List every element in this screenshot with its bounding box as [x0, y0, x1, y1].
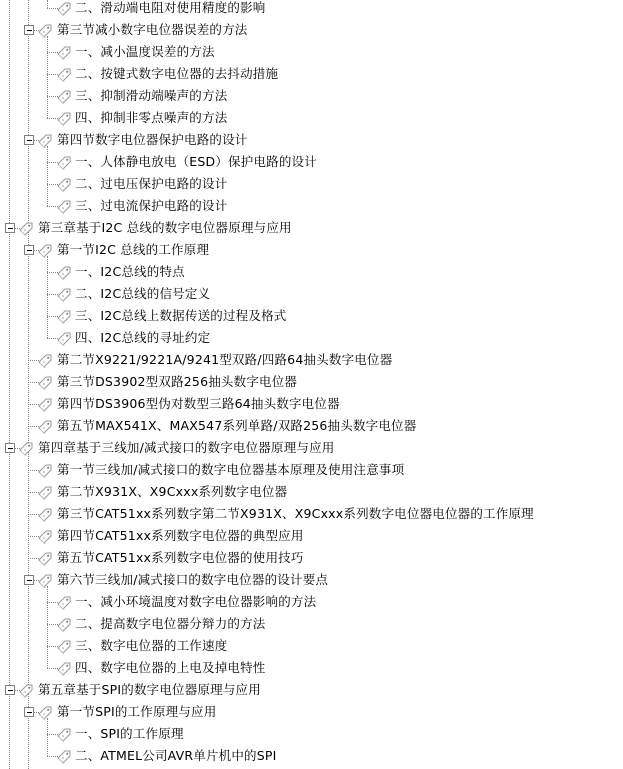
- tag-icon: [56, 0, 72, 16]
- tag-icon: [56, 726, 72, 742]
- tree-node-level-0[interactable]: 第五章基于SPI的数字电位器原理与应用: [0, 679, 623, 701]
- tag-icon: [56, 308, 72, 324]
- tag-icon: [37, 396, 53, 412]
- collapse-toggle-icon[interactable]: [24, 135, 34, 145]
- collapse-toggle-icon[interactable]: [24, 25, 34, 35]
- tree-node-label[interactable]: 第四节数字电位器保护电路的设计: [57, 129, 248, 151]
- tree-node-label[interactable]: 四、抑制非零点噪声的方法: [75, 107, 227, 129]
- tree-node-level-1[interactable]: 第五节CAT51xx系列数字电位器的使用技巧: [0, 547, 623, 569]
- tree-node-label[interactable]: 一、I2C总线的特点: [75, 261, 185, 283]
- tree-node-level-2[interactable]: 一、SPI的工作原理: [0, 723, 623, 745]
- tree-node-label[interactable]: 第三节减小数字电位器误差的方法: [57, 19, 248, 41]
- tag-icon: [56, 594, 72, 610]
- tree-node-label[interactable]: 三、I2C总线上数据传送的过程及格式: [75, 305, 286, 327]
- tag-icon: [56, 88, 72, 104]
- tree-node-label[interactable]: 四、I2C总线的寻址约定: [75, 327, 210, 349]
- outline-tree-view[interactable]: 二、滑动端电阻对使用精度的影响第三节减小数字电位器误差的方法一、减小温度误差的方…: [0, 0, 623, 769]
- tree-node-level-1[interactable]: 第一节三线加/减式接口的数字电位器基本原理及使用注意事项: [0, 459, 623, 481]
- tree-node-level-2[interactable]: 一、减小环境温度对数字电位器影响的方法: [0, 591, 623, 613]
- tree-node-level-2[interactable]: 一、I2C总线的特点: [0, 261, 623, 283]
- tree-node-level-2[interactable]: 三、过电流保护电路的设计: [0, 195, 623, 217]
- tree-node-label[interactable]: 第五节CAT51xx系列数字电位器的使用技巧: [57, 547, 304, 569]
- tree-node-level-2[interactable]: 一、人体静电放电（ESD）保护电路的设计: [0, 151, 623, 173]
- tag-icon: [56, 44, 72, 60]
- tag-icon: [37, 550, 53, 566]
- tree-node-label[interactable]: 第三节DS3902型双路256抽头数字电位器: [57, 371, 297, 393]
- collapse-toggle-icon[interactable]: [24, 707, 34, 717]
- tag-icon: [56, 110, 72, 126]
- tree-node-label[interactable]: 第三章基于I2C 总线的数字电位器原理与应用: [38, 217, 292, 239]
- tree-node-level-2[interactable]: 三、数字电位器的工作速度: [0, 635, 623, 657]
- tag-icon: [56, 176, 72, 192]
- tag-icon: [37, 528, 53, 544]
- tree-node-level-1[interactable]: 第三节CAT51xx系列数字第二节X931X、X9Cxxx系列数字电位器电位器的…: [0, 503, 623, 525]
- tree-node-level-1[interactable]: 第二节X931X、X9Cxxx系列数字电位器: [0, 481, 623, 503]
- tag-icon: [18, 440, 34, 456]
- tree-node-label[interactable]: 三、过电流保护电路的设计: [75, 195, 227, 217]
- tree-node-label[interactable]: 一、SPI的工作原理: [75, 723, 184, 745]
- tree-node-level-2[interactable]: 四、I2C总线的寻址约定: [0, 327, 623, 349]
- tree-node-label[interactable]: 一、减小温度误差的方法: [75, 41, 215, 63]
- tree-node-label[interactable]: 第一节SPI的工作原理与应用: [57, 701, 216, 723]
- tag-icon: [56, 330, 72, 346]
- tree-node-label[interactable]: 二、按键式数字电位器的去抖动措施: [75, 63, 278, 85]
- tag-icon: [37, 506, 53, 522]
- tree-node-label[interactable]: 三、数字电位器的工作速度: [75, 635, 227, 657]
- tag-icon: [56, 660, 72, 676]
- tree-node-level-2[interactable]: 二、I2C总线的信号定义: [0, 283, 623, 305]
- collapse-toggle-icon[interactable]: [5, 223, 15, 233]
- tree-node-label[interactable]: 二、提高数字电位器分辩力的方法: [75, 613, 266, 635]
- tree-node-level-2[interactable]: 二、提高数字电位器分辩力的方法: [0, 613, 623, 635]
- tag-icon: [37, 484, 53, 500]
- tag-icon: [56, 154, 72, 170]
- tag-icon: [37, 22, 53, 38]
- tag-icon: [37, 704, 53, 720]
- tree-node-label[interactable]: 二、滑动端电阻对使用精度的影响: [75, 0, 266, 19]
- tree-node-label[interactable]: 二、ATMEL公司AVR单片机中的SPI: [75, 745, 277, 767]
- tree-node-label[interactable]: 第六节三线加/减式接口的数字电位器的设计要点: [57, 569, 328, 591]
- tree-node-label[interactable]: 第二节X931X、X9Cxxx系列数字电位器: [57, 481, 287, 503]
- tree-node-label[interactable]: 第五节MAX541X、MAX547系列单路/双路256抽头数字电位器: [57, 415, 416, 437]
- tag-icon: [37, 374, 53, 390]
- tree-node-level-2[interactable]: 三、I2C总线上数据传送的过程及格式: [0, 305, 623, 327]
- tag-icon: [56, 748, 72, 764]
- tree-node-label[interactable]: 二、I2C总线的信号定义: [75, 283, 210, 305]
- tag-icon: [56, 264, 72, 280]
- tree-node-level-1[interactable]: 第四节CAT51xx系列数字电位器的典型应用: [0, 525, 623, 547]
- tree-node-label[interactable]: 第四节CAT51xx系列数字电位器的典型应用: [57, 525, 304, 547]
- tag-icon: [18, 682, 34, 698]
- tag-icon: [37, 242, 53, 258]
- tree-node-level-2[interactable]: 二、过电压保护电路的设计: [0, 173, 623, 195]
- tag-icon: [37, 572, 53, 588]
- tree-node-label[interactable]: 二、过电压保护电路的设计: [75, 173, 227, 195]
- tree-node-label[interactable]: 四、数字电位器的上电及掉电特性: [75, 657, 266, 679]
- collapse-toggle-icon[interactable]: [24, 245, 34, 255]
- collapse-toggle-icon[interactable]: [24, 575, 34, 585]
- tree-node-level-2[interactable]: 二、ATMEL公司AVR单片机中的SPI: [0, 745, 623, 767]
- tree-node-level-1[interactable]: 第六节三线加/减式接口的数字电位器的设计要点: [0, 569, 623, 591]
- tree-node-label[interactable]: 第四章基于三线加/减式接口的数字电位器原理与应用: [38, 437, 335, 459]
- tag-icon: [56, 198, 72, 214]
- collapse-toggle-icon[interactable]: [5, 685, 15, 695]
- tag-icon: [56, 638, 72, 654]
- tag-icon: [37, 462, 53, 478]
- tree-node-label[interactable]: 第三节CAT51xx系列数字第二节X931X、X9Cxxx系列数字电位器电位器的…: [57, 503, 534, 525]
- tree-node-level-1[interactable]: 第二节X9221/9221A/9241型双路/四路64抽头数字电位器: [0, 349, 623, 371]
- tree-node-level-1[interactable]: 第一节I2C 总线的工作原理: [0, 239, 623, 261]
- tree-node-label[interactable]: 第一节三线加/减式接口的数字电位器基本原理及使用注意事项: [57, 459, 404, 481]
- tree-node-label[interactable]: 一、减小环境温度对数字电位器影响的方法: [75, 591, 316, 613]
- tree-node-label[interactable]: 第二节X9221/9221A/9241型双路/四路64抽头数字电位器: [57, 349, 392, 371]
- tree-node-level-0[interactable]: 第四章基于三线加/减式接口的数字电位器原理与应用: [0, 437, 623, 459]
- tree-node-label[interactable]: 一、人体静电放电（ESD）保护电路的设计: [75, 151, 317, 173]
- tag-icon: [37, 132, 53, 148]
- tree-node-level-1[interactable]: 第三节减小数字电位器误差的方法: [0, 19, 623, 41]
- tree-node-level-1[interactable]: 第四节数字电位器保护电路的设计: [0, 129, 623, 151]
- tree-node-level-1[interactable]: 第五节MAX541X、MAX547系列单路/双路256抽头数字电位器: [0, 415, 623, 437]
- tag-icon: [56, 66, 72, 82]
- tag-icon: [56, 286, 72, 302]
- tag-icon: [18, 220, 34, 236]
- tree-node-level-2[interactable]: 四、数字电位器的上电及掉电特性: [0, 657, 623, 679]
- tree-node-level-1[interactable]: 第四节DS3906型伪对数型三路64抽头数字电位器: [0, 393, 623, 415]
- tree-node-label[interactable]: 三、抑制滑动端噪声的方法: [75, 85, 227, 107]
- tag-icon: [37, 352, 53, 368]
- tag-icon: [37, 418, 53, 434]
- collapse-toggle-icon[interactable]: [5, 443, 15, 453]
- tree-node-level-2[interactable]: 三、抑制滑动端噪声的方法: [0, 85, 623, 107]
- tree-node-level-2[interactable]: 四、抑制非零点噪声的方法: [0, 107, 623, 129]
- tree-node-label[interactable]: 第一节I2C 总线的工作原理: [57, 239, 209, 261]
- tree-node-label[interactable]: 第四节DS3906型伪对数型三路64抽头数字电位器: [57, 393, 340, 415]
- tree-node-level-2[interactable]: 二、按键式数字电位器的去抖动措施: [0, 63, 623, 85]
- tree-node-level-1[interactable]: 第一节SPI的工作原理与应用: [0, 701, 623, 723]
- tree-node-level-0[interactable]: 第三章基于I2C 总线的数字电位器原理与应用: [0, 217, 623, 239]
- tree-node-level-1[interactable]: 第三节DS3902型双路256抽头数字电位器: [0, 371, 623, 393]
- tree-node-level-2[interactable]: 二、滑动端电阻对使用精度的影响: [0, 0, 623, 19]
- tag-icon: [56, 616, 72, 632]
- tree-node-label[interactable]: 第五章基于SPI的数字电位器原理与应用: [38, 679, 261, 701]
- tree-node-level-2[interactable]: 一、减小温度误差的方法: [0, 41, 623, 63]
